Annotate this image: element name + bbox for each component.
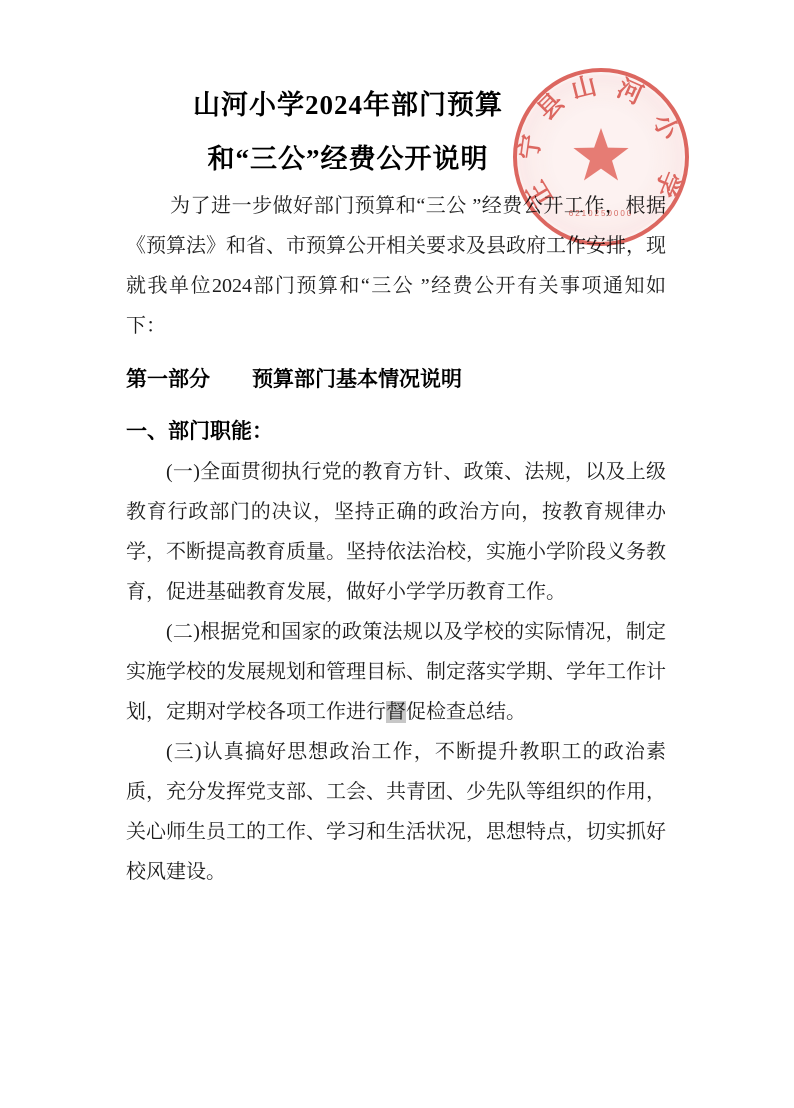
function-item-1: (一)全面贯彻执行党的教育方针、政策、法规，以及上级教育行政部门的决议，坚持正确…: [126, 452, 666, 612]
section-heading-part1: 第一部分 预算部门基本情况说明: [126, 360, 666, 400]
doc-title-line2: 和“三公”经费公开说明: [126, 132, 570, 186]
highlighted-char: 督: [386, 701, 406, 723]
document-page: 山河小学2024年部门预算 和“三公”经费公开说明 为了进一步做好部门预算和“三…: [0, 0, 794, 1108]
function-item-2-text-end: 促检查总结。: [406, 701, 526, 723]
function-item-3: (三)认真搞好思想政治工作，不断提升教职工的政治素质，充分发挥党支部、工会、共青…: [126, 732, 666, 892]
seal-character: 小: [645, 107, 685, 147]
subsection-heading-functions: 一、部门职能：: [126, 412, 666, 452]
seal-character: 河: [610, 73, 650, 113]
function-item-2: (二)根据党和国家的政策法规以及学校的实际情况，制定实施学校的发展规划和管理目标…: [126, 612, 666, 732]
intro-paragraph: 为了进一步做好部门预算和“三公 ”经费公开工作，根据《预算法》和省、市预算公开相…: [126, 186, 666, 346]
seal-star-icon: [570, 126, 632, 188]
doc-title-line1: 山河小学2024年部门预算: [126, 78, 570, 132]
seal-character: 山: [566, 71, 602, 107]
